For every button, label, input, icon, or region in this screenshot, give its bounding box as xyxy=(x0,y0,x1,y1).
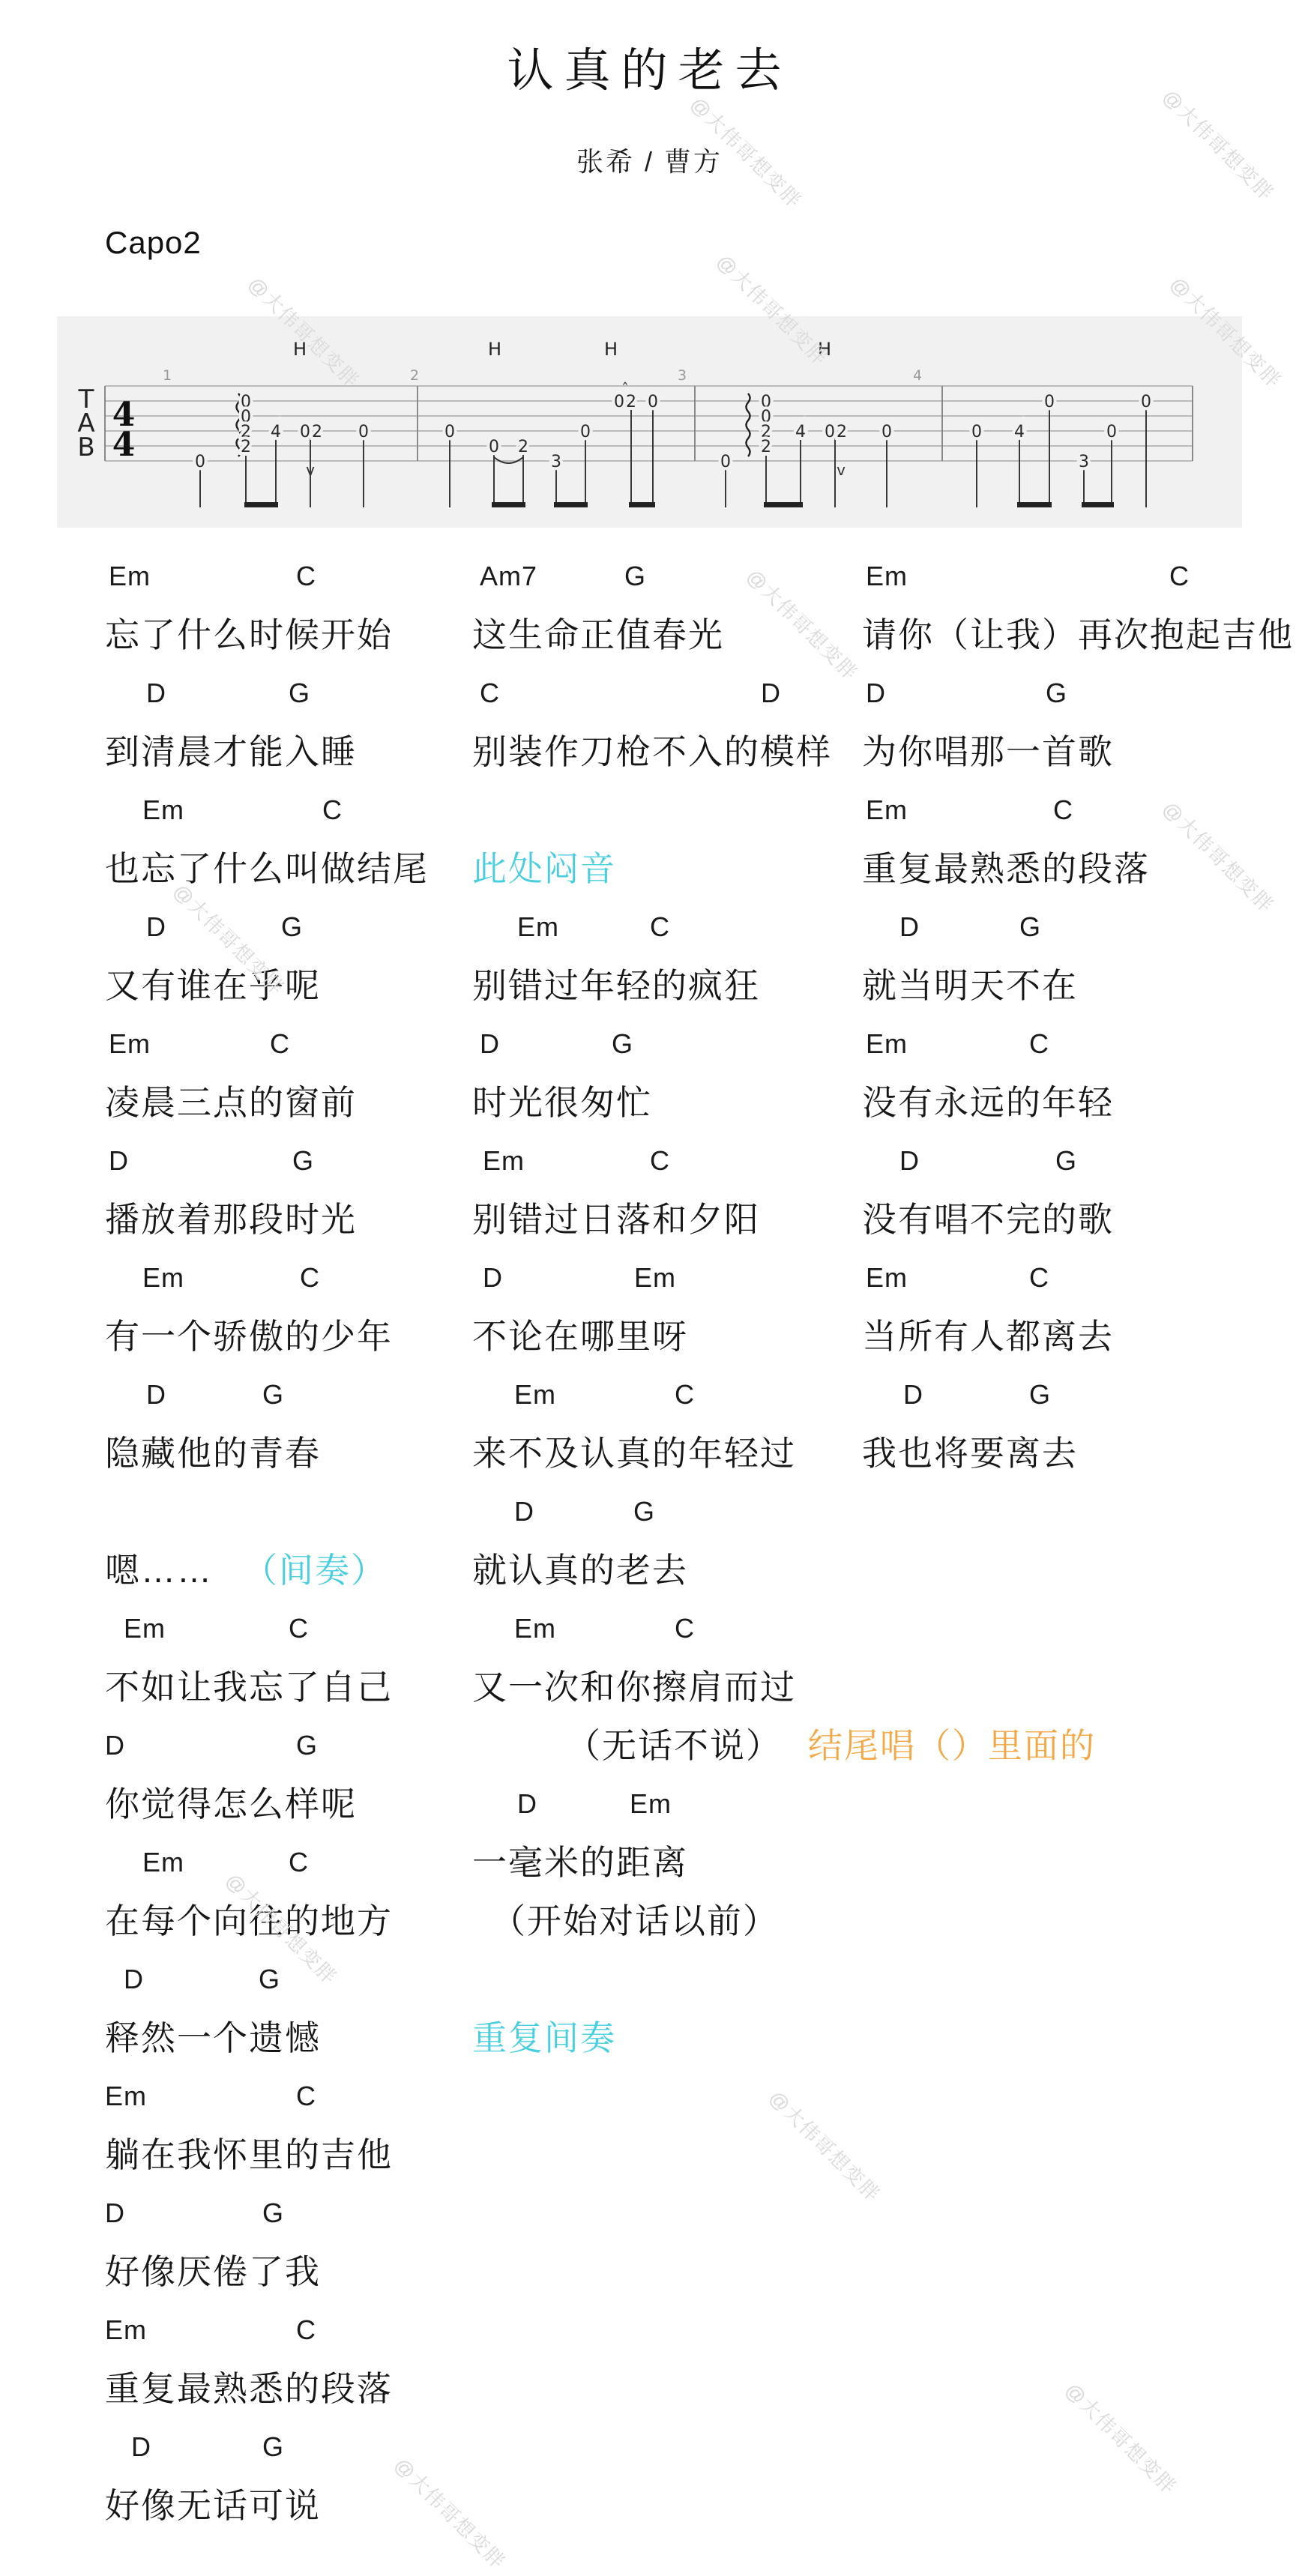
chord-label: Em xyxy=(105,2067,147,2126)
chord-line: EmC xyxy=(105,2301,429,2359)
lyric-text: 我也将要离去 xyxy=(862,1434,1078,1473)
lyric-text: 别装作刀枪不入的模样 xyxy=(472,732,832,771)
chord-label: D xyxy=(517,1775,537,1833)
svg-text:B: B xyxy=(77,432,94,462)
chord-label: C xyxy=(296,2067,316,2126)
chord-label: D xyxy=(146,664,166,723)
chord-line: EmC xyxy=(105,1249,429,1307)
chord-line: EmC xyxy=(862,781,1294,839)
lyric-text: 凌晨三点的窗前 xyxy=(105,1083,357,1122)
chord-line: DG xyxy=(105,1950,429,2009)
chord-label: G xyxy=(1055,1132,1077,1190)
chord-label: Em xyxy=(517,898,559,956)
chord-label: Am7 xyxy=(480,547,537,606)
svg-text:4: 4 xyxy=(1014,423,1025,441)
chord-line: DG xyxy=(105,2418,429,2476)
lyric-text: 别错过日落和夕阳 xyxy=(472,1200,760,1239)
chord-label: C xyxy=(1029,1015,1049,1073)
lyric-text: 忘了什么时候开始 xyxy=(105,615,393,654)
chord-label: G xyxy=(624,547,646,606)
lyric-text: 不论在哪里呀 xyxy=(472,1317,688,1356)
svg-text:0: 0 xyxy=(881,423,892,441)
lyric-line: 播放着那段时光 xyxy=(105,1190,429,1249)
lyric-line: 我也将要离去 xyxy=(862,1424,1294,1482)
lyric-text: 释然一个遗憾 xyxy=(105,2018,321,2057)
lyric-line: 不如让我忘了自己 xyxy=(105,1658,429,1716)
chord-line: EmC xyxy=(862,547,1294,606)
chord-label: Em xyxy=(109,1015,151,1073)
chord-label: C xyxy=(1053,781,1073,839)
chord-label: G xyxy=(296,1716,318,1775)
chord-line: EmC xyxy=(105,2067,429,2126)
lyric-line: 请你（让我）再次抱起吉他 xyxy=(862,606,1294,664)
svg-text:2: 2 xyxy=(626,393,636,411)
svg-text:H: H xyxy=(488,339,501,360)
lyric-text: 隐藏他的青春 xyxy=(105,1434,321,1473)
song-artist: 张希 / 曹方 xyxy=(0,141,1299,179)
chord-line: EmC xyxy=(862,1015,1294,1073)
lyric-line: 好像厌倦了我 xyxy=(105,2242,429,2301)
watermark: @大伟哥想变胖 xyxy=(1060,2376,1184,2500)
lyric-text: 就认真的老去 xyxy=(472,1551,688,1590)
lyric-line: 就认真的老去 xyxy=(472,1541,1096,1599)
lyric-text: 时光很匆忙 xyxy=(472,1083,652,1122)
lyric-text: 嗯…… xyxy=(105,1551,213,1590)
lyric-text: 重复最熟悉的段落 xyxy=(105,2369,393,2408)
lyric-text: 好像无话可说 xyxy=(105,2486,321,2525)
svg-text:4: 4 xyxy=(112,426,136,464)
svg-text:H: H xyxy=(604,339,618,360)
lyric-line: 有一个骄傲的少年 xyxy=(105,1307,429,1366)
lyric-line: 隐藏他的青春 xyxy=(105,1424,429,1482)
chord-label: Em xyxy=(634,1249,676,1307)
chord-label: G xyxy=(1019,898,1041,956)
svg-text:2: 2 xyxy=(761,438,771,456)
lyric-line: 就当明天不在 xyxy=(862,956,1294,1015)
svg-text:0: 0 xyxy=(580,423,591,441)
spacer-line xyxy=(105,1482,429,1541)
svg-text:0: 0 xyxy=(489,438,499,456)
lyric-line: 也忘了什么叫做结尾 xyxy=(105,839,429,898)
chord-label: C xyxy=(296,2301,316,2359)
chord-sheet-page: 认真的老去 张希 / 曹方 Capo2 vvˆ00022402000230020… xyxy=(0,0,1299,2576)
chord-label: Em xyxy=(124,1599,166,1658)
svg-text:H: H xyxy=(293,339,307,360)
svg-text:0: 0 xyxy=(195,453,205,471)
lyric-text: 不如让我忘了自己 xyxy=(105,1668,393,1707)
lyric-line: 重复最熟悉的段落 xyxy=(105,2359,429,2418)
annotation-text: 结尾唱（）里面的 xyxy=(808,1726,1096,1765)
svg-text:0: 0 xyxy=(825,423,835,441)
chord-label: C xyxy=(650,898,670,956)
lyric-line: 又一次和你擦肩而过 xyxy=(472,1658,1096,1716)
lyric-line: 凌晨三点的窗前 xyxy=(105,1073,429,1132)
svg-text:3: 3 xyxy=(551,453,561,471)
chord-line: DG xyxy=(862,1132,1294,1190)
chord-line: EmC xyxy=(105,1599,429,1658)
chord-label: C xyxy=(296,547,316,606)
spacer-line xyxy=(472,1950,1096,2009)
chord-label: D xyxy=(761,664,781,723)
svg-text:0: 0 xyxy=(720,453,731,471)
chord-label: D xyxy=(146,898,166,956)
svg-text:3: 3 xyxy=(1079,453,1089,471)
chord-label: Em xyxy=(105,2301,147,2359)
chord-label: D xyxy=(146,1366,166,1424)
chord-line: DG xyxy=(105,1716,429,1775)
chord-label: D xyxy=(866,664,886,723)
lyric-line: 当所有人都离去 xyxy=(862,1307,1294,1366)
chord-label: Em xyxy=(866,781,908,839)
chord-label: D xyxy=(124,1950,144,2009)
svg-text:2: 2 xyxy=(518,438,528,456)
chord-label: Em xyxy=(483,1132,525,1190)
annotation-text: （间奏） xyxy=(243,1551,387,1590)
lyric-line: 又有谁在乎呢 xyxy=(105,956,429,1015)
svg-text:v: v xyxy=(837,461,846,479)
chord-label: Em xyxy=(866,1015,908,1073)
column-3: EmC请你（让我）再次抱起吉他DG为你唱那一首歌EmC重复最熟悉的段落DG就当明… xyxy=(862,547,1294,1482)
chord-label: Em xyxy=(514,1366,556,1424)
svg-text:2: 2 xyxy=(410,367,419,384)
lyric-text: 重复最熟悉的段落 xyxy=(862,849,1150,888)
chord-label: Em xyxy=(142,781,184,839)
chord-line: DG xyxy=(105,1132,429,1190)
chord-label: D xyxy=(903,1366,923,1424)
chord-label: C xyxy=(289,1599,309,1658)
svg-text:0: 0 xyxy=(648,393,658,411)
lyric-line: 你觉得怎么样呢 xyxy=(105,1775,429,1833)
svg-text:3: 3 xyxy=(678,367,687,384)
svg-text:H: H xyxy=(818,339,831,360)
chord-label: C xyxy=(289,1833,309,1892)
chord-line: DG xyxy=(472,1482,1096,1541)
chord-line: EmC xyxy=(862,1249,1294,1307)
chord-line: DG xyxy=(862,664,1294,723)
chord-label: G xyxy=(1029,1366,1051,1424)
chord-label: Em xyxy=(866,547,908,606)
lyric-text: 躺在我怀里的吉他 xyxy=(105,2135,393,2174)
svg-text:2: 2 xyxy=(837,423,847,441)
svg-text:0: 0 xyxy=(1044,393,1055,411)
svg-text:0: 0 xyxy=(614,393,624,411)
chord-label: C xyxy=(322,781,343,839)
chord-label: C xyxy=(675,1366,695,1424)
chord-line: EmC xyxy=(105,1833,429,1892)
svg-text:4: 4 xyxy=(913,367,922,384)
lyric-text: 请你（让我）再次抱起吉他 xyxy=(862,615,1294,654)
svg-text:4: 4 xyxy=(271,423,281,441)
chord-line: DG xyxy=(862,898,1294,956)
chord-label: C xyxy=(270,1015,290,1073)
chord-label: Em xyxy=(142,1833,184,1892)
chord-label: Em xyxy=(142,1249,184,1307)
lyric-line: 为你唱那一首歌 xyxy=(862,723,1294,781)
lyric-line: 忘了什么时候开始 xyxy=(105,606,429,664)
lyric-line: 一毫米的距离 xyxy=(472,1833,1096,1892)
chord-line: DG xyxy=(105,1366,429,1424)
lyric-text: 当所有人都离去 xyxy=(862,1317,1114,1356)
svg-text:0: 0 xyxy=(300,423,310,441)
chord-label: Em xyxy=(514,1599,556,1658)
lyric-text: 播放着那段时光 xyxy=(105,1200,357,1239)
chord-label: D xyxy=(899,1132,920,1190)
lyric-line: 躺在我怀里的吉他 xyxy=(105,2126,429,2184)
chord-line: DG xyxy=(105,664,429,723)
lyric-text: 也忘了什么叫做结尾 xyxy=(105,849,429,888)
lyric-line: 没有永远的年轻 xyxy=(862,1073,1294,1132)
chord-label: D xyxy=(105,2184,125,2242)
lyric-line: 释然一个遗憾 xyxy=(105,2009,429,2067)
lyric-text: 一毫米的距离 xyxy=(472,1843,688,1882)
lyric-line: 重复间奏 xyxy=(472,2009,1096,2067)
watermark: @大伟哥想变胖 xyxy=(764,2084,887,2207)
lyric-text: 有一个骄傲的少年 xyxy=(105,1317,393,1356)
chord-label: G xyxy=(262,2184,284,2242)
chord-label: D xyxy=(514,1482,534,1541)
song-title: 认真的老去 xyxy=(0,33,1299,100)
lyric-text: 没有唱不完的歌 xyxy=(862,1200,1114,1239)
svg-text:4: 4 xyxy=(795,423,806,441)
chord-label: C xyxy=(300,1249,320,1307)
chord-label: G xyxy=(1046,664,1067,723)
lyric-text: 别错过年轻的疯狂 xyxy=(472,966,760,1005)
lyric-line: 到清晨才能入睡 xyxy=(105,723,429,781)
capo-label: Capo2 xyxy=(105,225,202,261)
lyric-line: 嗯……（间奏） xyxy=(105,1541,429,1599)
svg-text:0: 0 xyxy=(971,423,982,441)
lyric-text: 好像厌倦了我 xyxy=(105,2252,321,2291)
chord-label: Em xyxy=(109,547,151,606)
lyric-line: （开始对话以前） xyxy=(472,1892,1096,1950)
tab-notation: vvˆ00022402000230020000224020040300TAB44… xyxy=(57,316,1242,528)
svg-text:2: 2 xyxy=(312,423,322,441)
lyric-text: 这生命正值春光 xyxy=(472,615,724,654)
svg-text:0: 0 xyxy=(444,423,455,441)
lyric-text: 没有永远的年轻 xyxy=(862,1083,1114,1122)
chord-label: Em xyxy=(866,1249,908,1307)
chord-label: D xyxy=(109,1132,129,1190)
chord-label: C xyxy=(675,1599,695,1658)
lyric-text: （开始对话以前） xyxy=(491,1901,779,1940)
chord-label: G xyxy=(612,1015,633,1073)
lyric-line: （无话不说）结尾唱（）里面的 xyxy=(472,1716,1096,1775)
chord-label: D xyxy=(899,898,920,956)
svg-text:0: 0 xyxy=(1141,393,1151,411)
chord-line: EmC xyxy=(472,1599,1096,1658)
chord-line: EmC xyxy=(105,781,429,839)
lyric-text: 就当明天不在 xyxy=(862,966,1078,1005)
chord-label: G xyxy=(633,1482,655,1541)
chord-label: C xyxy=(1169,547,1190,606)
chord-label: G xyxy=(262,1366,284,1424)
lyric-text: 又有谁在乎呢 xyxy=(105,966,321,1005)
chord-line: DG xyxy=(862,1366,1294,1424)
svg-text:v: v xyxy=(306,461,315,479)
lyric-line: 重复最熟悉的段落 xyxy=(862,839,1294,898)
chord-label: Em xyxy=(630,1775,672,1833)
lyric-text: 在每个向往的地方 xyxy=(105,1901,393,1940)
chord-label: G xyxy=(259,1950,280,2009)
chord-line: EmC xyxy=(105,547,429,606)
chord-label: D xyxy=(480,1015,500,1073)
svg-text:0: 0 xyxy=(358,423,369,441)
chord-label: G xyxy=(262,2418,284,2476)
annotation-text: 重复间奏 xyxy=(472,2018,616,2057)
chord-line: DG xyxy=(105,898,429,956)
column-1: EmC忘了什么时候开始DG到清晨才能入睡EmC也忘了什么叫做结尾DG又有谁在乎呢… xyxy=(105,547,429,2535)
svg-text:0: 0 xyxy=(1106,423,1117,441)
lyric-text: 来不及认真的年轻过 xyxy=(472,1434,796,1473)
chord-label: G xyxy=(281,898,303,956)
chord-label: D xyxy=(105,1716,125,1775)
lyric-text: 到清晨才能入睡 xyxy=(105,732,357,771)
svg-text:2: 2 xyxy=(241,438,251,456)
annotation-text: 此处闷音 xyxy=(472,849,616,888)
chord-label: C xyxy=(480,664,500,723)
chord-line: DG xyxy=(105,2184,429,2242)
chord-label: D xyxy=(131,2418,151,2476)
lyric-line: 在每个向往的地方 xyxy=(105,1892,429,1950)
chord-label: G xyxy=(292,1132,314,1190)
lyric-text: 又一次和你擦肩而过 xyxy=(472,1668,796,1707)
chord-line: EmC xyxy=(105,1015,429,1073)
chord-label: D xyxy=(483,1249,503,1307)
chord-label: C xyxy=(650,1132,670,1190)
chord-label: G xyxy=(289,664,310,723)
svg-text:1: 1 xyxy=(163,367,172,384)
lyric-line: 好像无话可说 xyxy=(105,2476,429,2535)
chord-label: C xyxy=(1029,1249,1049,1307)
lyric-text: 你觉得怎么样呢 xyxy=(105,1785,357,1824)
lyric-text: （无话不说） xyxy=(566,1726,782,1765)
lyric-text: 为你唱那一首歌 xyxy=(862,732,1114,771)
chord-line: DEm xyxy=(472,1775,1096,1833)
lyric-line: 没有唱不完的歌 xyxy=(862,1190,1294,1249)
